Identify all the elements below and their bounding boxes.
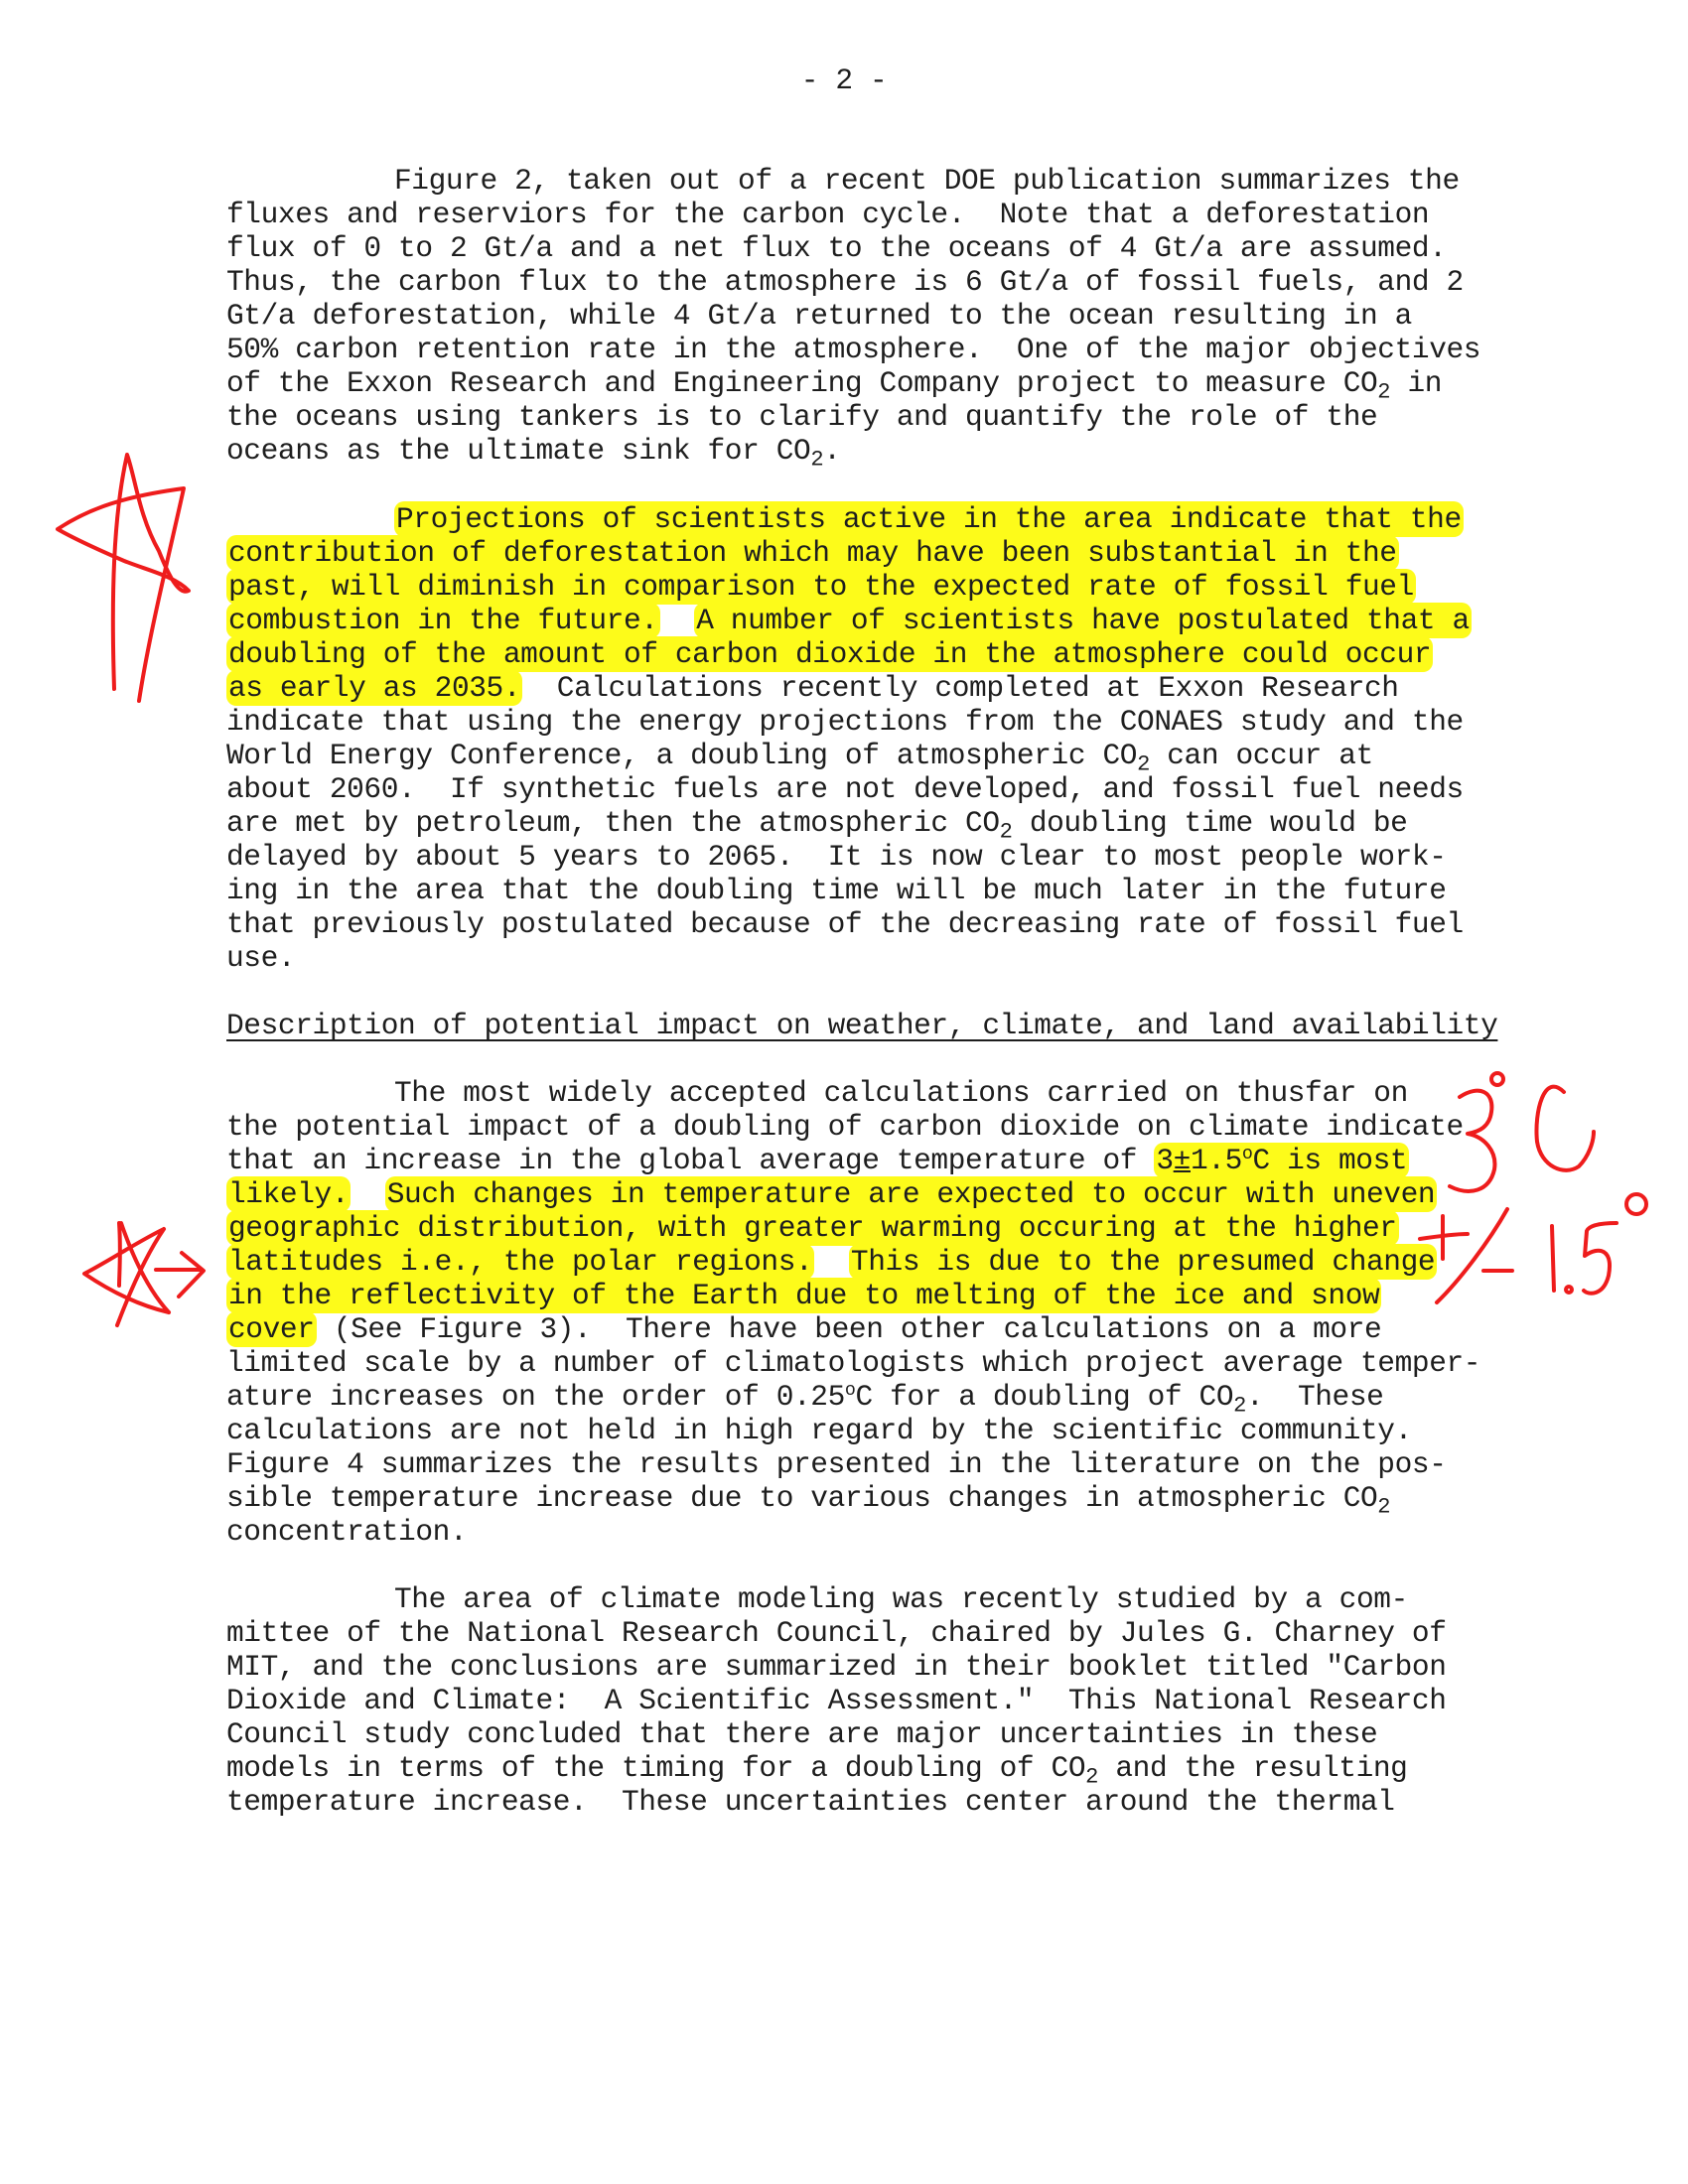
highlight: in the reflectivity of the Earth due to … [226,1278,1381,1313]
text-line: are met by petroleum, then the atmospher… [226,806,1407,840]
highlight: past, will diminish in comparison to the… [226,569,1416,605]
highlighted-line: geographic distribution, with greater wa… [226,1211,1399,1245]
highlight: latitudes i.e., the polar regions. [226,1244,814,1280]
margin-note-3c [1450,1073,1594,1191]
text-line: delayed by about 5 years to 2065. It is … [226,840,1447,874]
text-line: use. [226,941,295,975]
highlighted-line: in the reflectivity of the Earth due to … [226,1279,1381,1312]
highlight: cover [226,1311,317,1347]
text-line: mittee of the National Research Council,… [226,1616,1447,1650]
text-line: the potential impact of a doubling of ca… [226,1110,1464,1144]
text-line: the oceans using tankers is to clarify a… [226,400,1377,434]
text-line: oceans as the ultimate sink for CO2. [226,434,841,468]
text-line: Council study concluded that there are m… [226,1717,1377,1751]
text-line: Figure 2, taken out of a recent DOE publ… [226,164,1460,198]
text-line: Thus, the carbon flux to the atmosphere … [226,265,1464,299]
text-line: models in terms of the timing for a doub… [226,1751,1407,1785]
text-line: limited scale by a number of climatologi… [226,1346,1480,1380]
highlight: Such changes in temperature are expected… [385,1176,1437,1212]
text-line: cover (See Figure 3). There have been ot… [226,1312,1381,1346]
page-number: - 2 - [0,64,1688,97]
text-line: World Energy Conference, a doubling of a… [226,739,1373,772]
highlight: Projections of scientists active in the … [394,501,1464,537]
margin-note-plus-minus-1-5 [1420,1194,1646,1302]
highlight: likely. [226,1176,351,1212]
highlight: This is due to the presumed change [849,1244,1437,1280]
text-line: of the Exxon Research and Engineering Co… [226,366,1442,400]
highlight: as early as 2035. [226,670,522,706]
star-arrow-icon [84,1223,204,1325]
text-line: as early as 2035. Calculations recently … [226,671,1399,705]
highlight: contribution of deforestation which may … [226,535,1399,571]
highlighted-line: latitudes i.e., the polar regions. This … [226,1245,1437,1279]
highlighted-line: doubling of the amount of carbon dioxide… [226,637,1433,671]
text-line: that an increase in the global average t… [226,1144,1409,1177]
highlighted-line: combustion in the future. A number of sc… [226,604,1472,637]
star-icon [58,455,189,701]
text-line: that previously postulated because of th… [226,907,1464,941]
text-line: about 2060. If synthetic fuels are not d… [226,772,1464,806]
text-line: temperature increase. These uncertaintie… [226,1785,1395,1819]
text-line: sible temperature increase due to variou… [226,1481,1390,1515]
highlight: doubling of the amount of carbon dioxide… [226,636,1433,672]
text-line: Dioxide and Climate: A Scientific Assess… [226,1684,1447,1717]
highlighted-line: Projections of scientists active in the … [226,502,1464,536]
text-line: 50% carbon retention rate in the atmosph… [226,333,1480,366]
text-line: flux of 0 to 2 Gt/a and a net flux to th… [226,231,1447,265]
text-line: indicate that using the energy projectio… [226,705,1464,739]
text-line: concentration. [226,1515,467,1549]
text-line: The most widely accepted calculations ca… [226,1076,1408,1110]
text-line: MIT, and the conclusions are summarized … [226,1650,1447,1684]
text-line: ature increases on the order of 0.25oC f… [226,1380,1383,1414]
highlighted-line: likely. Such changes in temperature are … [226,1177,1437,1211]
text-line: Gt/a deforestation, while 4 Gt/a returne… [226,299,1412,333]
text-line: ing in the area that the doubling time w… [226,874,1447,907]
document-page: - 2 - Figure 2, taken out of a recent DO… [0,0,1688,2184]
highlight: geographic distribution, with greater wa… [226,1210,1399,1246]
text-line: calculations are not held in high regard… [226,1414,1412,1447]
highlighted-line: contribution of deforestation which may … [226,536,1399,570]
text-line: The area of climate modeling was recentl… [226,1582,1408,1616]
highlight: A number of scientists have postulated t… [694,603,1472,638]
section-heading: Description of potential impact on weath… [226,1009,1497,1042]
text-line: fluxes and reserviors for the carbon cyc… [226,198,1429,231]
highlight: combustion in the future. [226,603,660,638]
text-line: Figure 4 summarizes the results presente… [226,1447,1447,1481]
highlight: 3±1.5oC is most [1154,1143,1409,1178]
highlighted-line: past, will diminish in comparison to the… [226,570,1416,604]
